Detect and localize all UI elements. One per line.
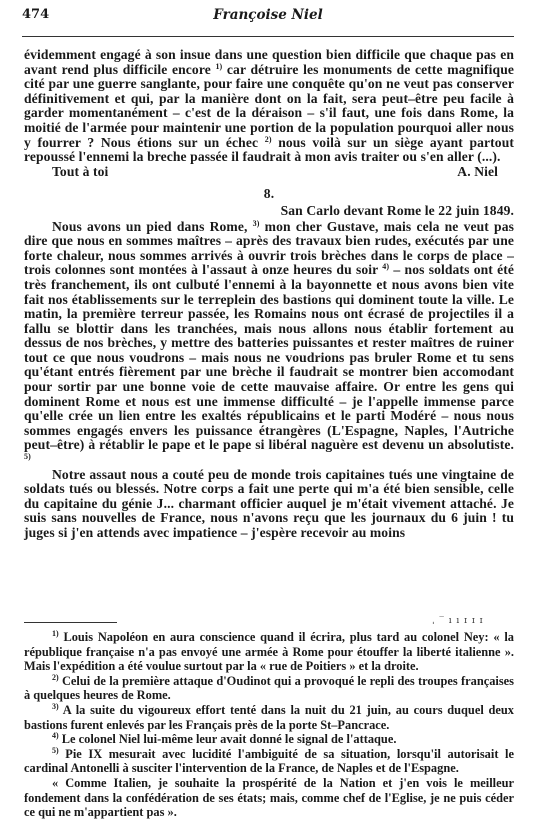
footnote-5: 5) Pie IX mesurait avec lucidité l'ambig… bbox=[24, 747, 514, 776]
main-text: évidemment engagé à son insue dans une q… bbox=[24, 48, 514, 541]
footnote-ref-5[interactable]: 5) bbox=[24, 452, 31, 461]
footnote-marker: 3) bbox=[52, 702, 59, 711]
letter-signoff: Tout à toiA. Niel bbox=[24, 165, 514, 180]
footnote-3: 3) A la suite du vigoureux effort tenté … bbox=[24, 703, 514, 732]
footnote-marker: 4) bbox=[52, 731, 59, 740]
running-title: Françoise Niel bbox=[22, 7, 514, 23]
footnote-text: Le colonel Niel lui-même leur avait donn… bbox=[62, 732, 397, 746]
footnote-marker: 5) bbox=[52, 746, 59, 755]
footnote-rule bbox=[24, 622, 117, 623]
footnote-text: Pie IX mesurait avec lucidité l'ambiguit… bbox=[24, 747, 514, 776]
closing: Tout à toi bbox=[52, 165, 108, 180]
footnote-text: Celui de la première attaque d'Oudinot q… bbox=[24, 674, 514, 703]
footnote-text: Louis Napoléon en aura conscience quand … bbox=[24, 630, 514, 673]
page-header: 474 Françoise Niel bbox=[22, 7, 514, 27]
letter-paragraph-2: Notre assaut nous a couté peu de monde t… bbox=[24, 468, 514, 541]
footnotes: 1) Louis Napoléon en aura conscience qua… bbox=[24, 630, 514, 820]
footnote-text: A la suite du vigoureux effort tenté dan… bbox=[24, 703, 514, 732]
footnote-5-quote: « Comme Italien, je souhaite la prospéri… bbox=[24, 776, 514, 820]
footnote-1: 1) Louis Napoléon en aura conscience qua… bbox=[24, 630, 514, 674]
letter-paragraph-1: Nous avons un pied dans Rome, 3) mon che… bbox=[24, 220, 514, 468]
footnote-ref-2[interactable]: 2) bbox=[265, 135, 272, 144]
scan-artifact: ˌ ‾ ı ı ɪ ɪ ɪ bbox=[432, 616, 484, 626]
place-date: San Carlo devant Rome le 22 juin 1849. bbox=[24, 204, 514, 219]
document-page: 474 Françoise Niel évidemment engagé à s… bbox=[0, 0, 550, 825]
header-rule bbox=[22, 36, 514, 37]
text-run: Nous avons un pied dans Rome, bbox=[52, 219, 248, 234]
signature: A. Niel bbox=[457, 165, 498, 180]
footnote-marker: 1) bbox=[52, 629, 59, 638]
letter-continuation-paragraph: évidemment engagé à son insue dans une q… bbox=[24, 48, 514, 165]
footnote-marker: 2) bbox=[52, 673, 59, 682]
text-run: – nos soldats ont été très franchement, … bbox=[24, 262, 514, 452]
letter-number: 8. bbox=[24, 187, 514, 202]
footnote-4: 4) Le colonel Niel lui-même leur avait d… bbox=[24, 732, 514, 747]
footnote-2: 2) Celui de la première attaque d'Oudino… bbox=[24, 674, 514, 703]
footnote-ref-3[interactable]: 3) bbox=[253, 219, 260, 228]
